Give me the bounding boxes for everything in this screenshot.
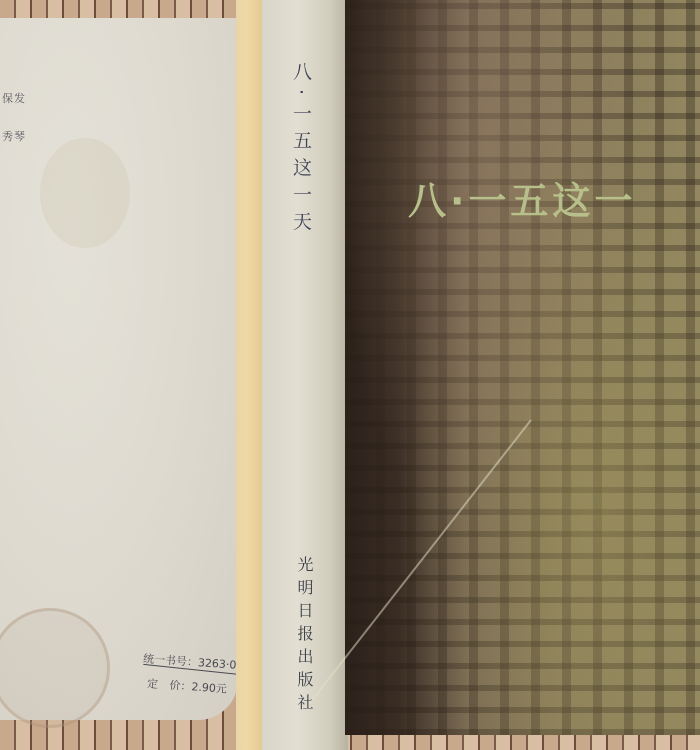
page-edge (236, 0, 262, 750)
stain (40, 138, 130, 248)
back-cover: 保发 秀琴 统一书号：3263·029 定 价：2.90元 (0, 18, 238, 720)
front-cover (345, 0, 700, 735)
spine-publisher: 光明日报出版社 (294, 556, 316, 717)
book-photo: 保发 秀琴 统一书号：3263·029 定 价：2.90元 八·一五这一天 光明… (0, 0, 700, 750)
credit-line: 保发 (2, 90, 26, 106)
credit-line: 秀琴 (2, 128, 26, 144)
spine-title: 八·一五这一天 (287, 62, 315, 238)
water-stain (0, 608, 110, 728)
front-title: 八·一五这一 (408, 170, 636, 225)
price-label: 定 价：2.90元 (147, 675, 228, 697)
